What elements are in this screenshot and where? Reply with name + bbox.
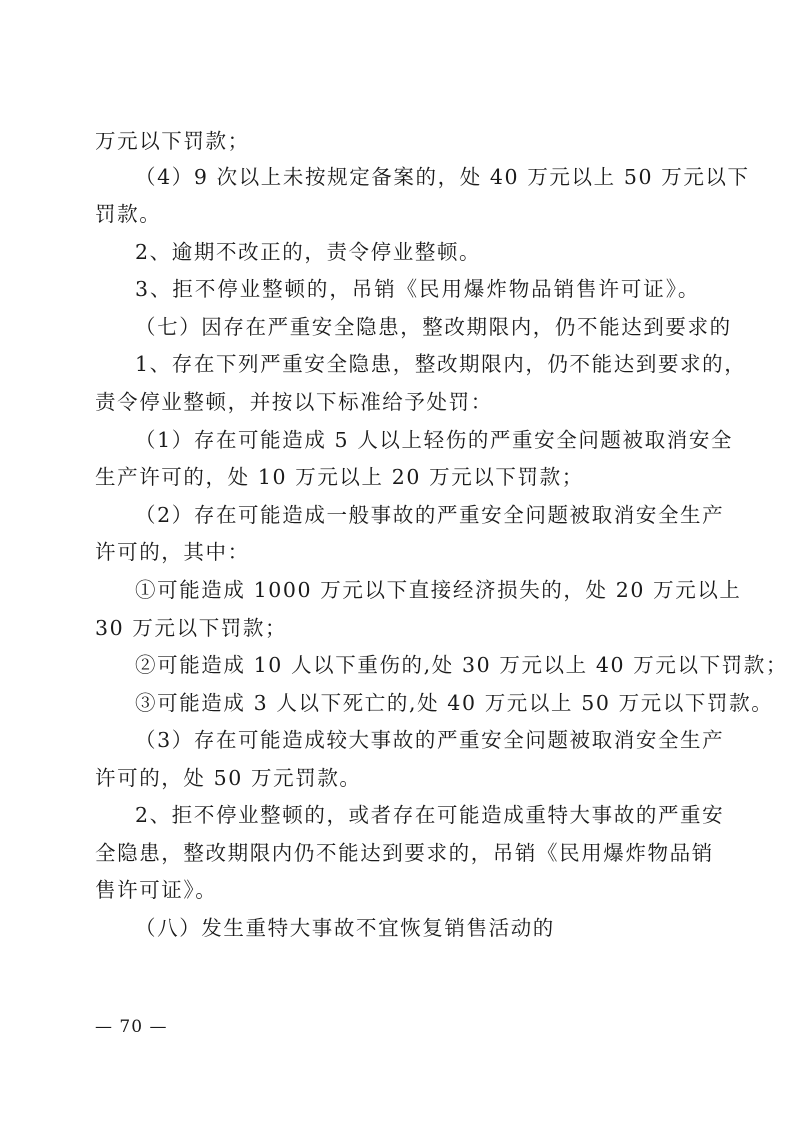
text-line: 许可的，其中：: [95, 537, 700, 567]
text-line: 罚款。: [95, 199, 700, 229]
text-line: （1）存在可能造成 5 人以上轻伤的严重安全问题被取消安全: [135, 425, 700, 455]
page-number: — 70 —: [95, 1015, 167, 1039]
text-line: ③可能造成 3 人以下死亡的,处 40 万元以上 50 万元以下罚款。: [135, 688, 700, 718]
text-line: （八）发生重特大事故不宜恢复销售活动的: [135, 913, 700, 943]
text-line: 售许可证》。: [95, 875, 700, 905]
text-line: 全隐患，整改期限内仍不能达到要求的，吊销《民用爆炸物品销: [95, 838, 700, 868]
text-line: 生产许可的，处 10 万元以上 20 万元以下罚款；: [95, 462, 700, 492]
text-line: ②可能造成 10 人以下重伤的,处 30 万元以上 40 万元以下罚款；: [135, 650, 700, 680]
text-line: （七）因存在严重安全隐患，整改期限内，仍不能达到要求的: [135, 312, 700, 342]
text-line: ①可能造成 1000 万元以下直接经济损失的，处 20 万元以上: [135, 575, 700, 605]
text-line: 许可的，处 50 万元罚款。: [95, 763, 700, 793]
text-line: 责令停业整顿，并按以下标准给予处罚：: [95, 387, 700, 417]
text-line: （2）存在可能造成一般事故的严重安全问题被取消安全生产: [135, 500, 700, 530]
text-line: 万元以下罚款；: [95, 126, 700, 156]
text-line: （4）9 次以上未按规定备案的，处 40 万元以上 50 万元以下: [135, 162, 700, 192]
document-page: 万元以下罚款；（4）9 次以上未按规定备案的，处 40 万元以上 50 万元以下…: [0, 0, 793, 1122]
text-line: 2、拒不停业整顿的，或者存在可能造成重特大事故的严重安: [135, 800, 700, 830]
text-line: 1、存在下列严重安全隐患，整改期限内，仍不能达到要求的，: [135, 349, 700, 379]
text-line: 30 万元以下罚款；: [95, 613, 700, 643]
text-line: （3）存在可能造成较大事故的严重安全问题被取消安全生产: [135, 725, 700, 755]
text-line: 3、拒不停业整顿的，吊销《民用爆炸物品销售许可证》。: [135, 274, 700, 304]
text-line: 2、逾期不改正的，责令停业整顿。: [135, 237, 700, 267]
